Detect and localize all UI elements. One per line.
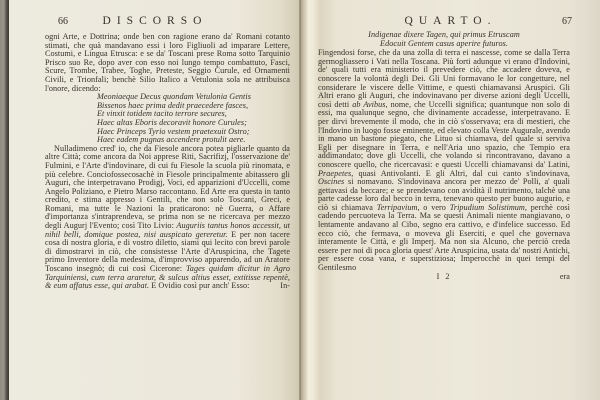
opening-verse: Indigenae dixere Tagen, qui primus Etrus… [318,31,570,48]
right-running-title: QUARTO. [301,15,600,28]
text-segment: , perchè così cadendo percuoteva la Terr… [318,203,570,272]
text-segment: E Ovidio così pur anch' Esso: [149,281,249,290]
right-running-head: QUARTO. 67 [301,15,600,28]
gathering-signature: I 2 [318,273,570,282]
right-page: QUARTO. 67 Indigenae dixere Tagen, qui p… [301,0,600,400]
left-running-head: 66 DISCORSO [9,15,301,28]
text-segment: , nome, che Uccelli significa; quantunqu… [318,100,570,169]
right-page-number: 67 [562,15,572,28]
signature-row: I 2 era [318,273,570,282]
verse-line: Edocuit Gentem casus aperire futuros. [318,40,570,49]
text-segment: Nulladimeno cred' io, che da Fiesole anc… [45,144,290,230]
book-board-edge [0,0,9,400]
body-paragraph: ogni Arte, e Dottrina; onde ben con ragi… [45,33,290,93]
left-text-block: ogni Arte, e Dottrina; onde ben con ragi… [45,33,290,291]
body-paragraph: Fingendosi forse, che da una zolla di te… [318,49,570,272]
left-running-title: DISCORSO [9,15,301,28]
right-text-block: Indigenae dixere Tagen, qui primus Etrus… [318,31,570,281]
catchword: era [560,273,570,282]
catchword: In- [271,282,290,291]
verse-block: Meoniaeque Decus quondam Vetulonia Genti… [97,93,290,145]
left-page-number: 66 [58,15,68,28]
book-spread: 66 DISCORSO ogni Arte, e Dottrina; onde … [0,0,600,400]
body-paragraph: Nulladimeno cred' io, che da Fiesole anc… [45,145,290,291]
left-page: 66 DISCORSO ogni Arte, e Dottrina; onde … [9,0,301,400]
text-segment: ogni Arte, e Dottrina; onde ben con ragi… [45,32,290,93]
